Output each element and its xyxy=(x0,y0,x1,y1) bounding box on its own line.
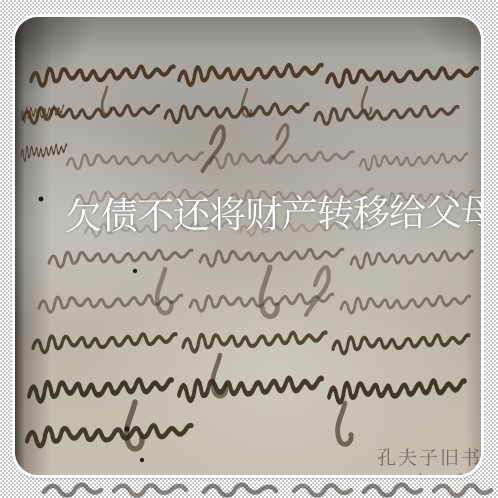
watermark-site-name: 孔夫子旧书网 xyxy=(377,443,484,470)
next-photo-script-texture xyxy=(14,482,498,498)
manuscript-script-texture xyxy=(15,17,484,478)
manuscript-photo[interactable]: 欠债不还将财产转移给父母 孔夫子旧书网 www.kongfz.com xyxy=(12,14,484,478)
next-photo-partial xyxy=(14,482,498,498)
watermark-site-url: www.kongfz.com xyxy=(377,472,484,478)
watermark: 孔夫子旧书网 www.kongfz.com xyxy=(377,443,484,478)
photo-title-overlay: 欠债不还将财产转移给父母 xyxy=(65,191,484,240)
transparency-canvas: 欠债不还将财产转移给父母 孔夫子旧书网 www.kongfz.com xyxy=(0,0,498,498)
